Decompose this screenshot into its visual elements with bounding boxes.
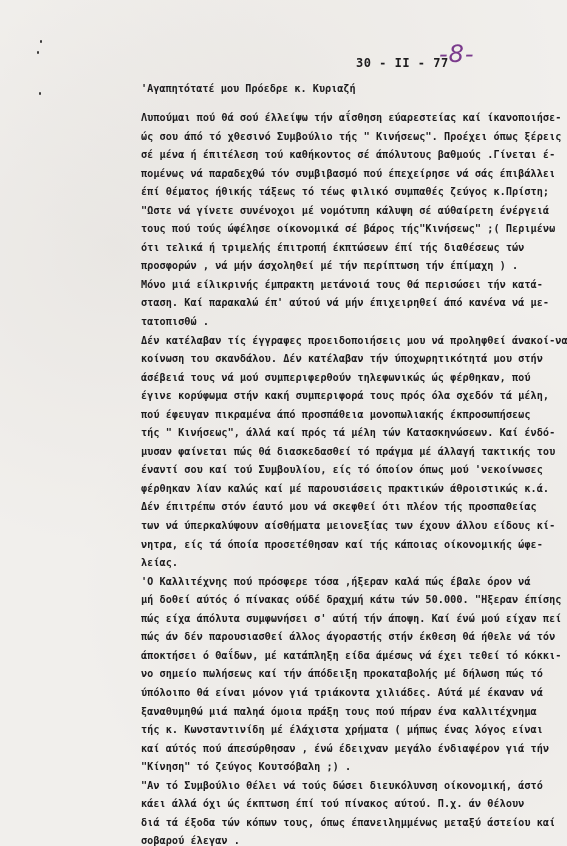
text-line: σοβαρού έλεγαν .	[141, 833, 567, 846]
text-line: Δέν κατέλαβαν τίς έγγραφες προειδοποιήσε…	[141, 333, 567, 352]
text-line: λείας.	[141, 555, 567, 574]
letter-date: 30 - II - 77	[356, 56, 449, 70]
text-line: μυσαν φαίνεται πώς θά διασκεδασθεί τό πρ…	[141, 444, 567, 463]
punch-hole-mark	[39, 92, 41, 95]
text-line: Λυπούμαι πού θά σού έλλείψω τήν αΐσθηση …	[141, 110, 567, 129]
text-line: έπί θέματος ήθικής τάξεως τό τέως φιλικό…	[141, 184, 567, 203]
text-line: άποκτήσει ό Θαΐδων, μέ κατάπληξη είδα άμ…	[141, 648, 567, 667]
text-line: "Αν τό Συμβούλιο θέλει νά τούς δώσει διε…	[141, 778, 567, 797]
text-line: μή δοθεί αύτός ό πίνακας ούδέ δραχμή κάτ…	[141, 592, 567, 611]
text-line: τους πού τούς ώφέλησε οίκονομικά σέ βάρο…	[141, 221, 567, 240]
text-line: έναντί σου καί τού Συμβουλίου, είς τό όπ…	[141, 462, 567, 481]
text-line: Μόνο μιά είλικρινής έμπρακτη μετάνοιά το…	[141, 277, 567, 296]
text-line: τατοπισθώ .	[141, 314, 567, 333]
text-line: τής κ. Κωνσταντινίδη μέ έλάχιστα χρήματα…	[141, 722, 567, 741]
text-line: έγινε κορύφωμα στήν κακή συμπεριφορά του…	[141, 388, 567, 407]
text-line: καί αύτός πού άπεσύρθησαν , ένώ έδειχναν…	[141, 741, 567, 760]
text-line: Δέν έπιτρέπω στόν έαυτό μου νά σκεφθεί ό…	[141, 499, 567, 518]
text-line: "Ωστε νά γίνετε συνένοχοι μέ νομότυπη κά…	[141, 203, 567, 222]
text-line: άσέβειά τους νά μού συμπεριφερθούν τηλεφ…	[141, 370, 567, 389]
text-line: φέρθηκαν λίαν καλώς καί μέ παρουσιάσεις …	[141, 481, 567, 500]
text-line: κοίνωση του σκανδάλου. Δέν κατέλαβαν τήν…	[141, 351, 567, 370]
text-line: προσφορών , νά μήν άσχοληθεί μέ τήν περί…	[141, 258, 567, 277]
text-line: 'Ο Καλλιτέχνης πού πρόσφερε τόσα ,ήξεραν…	[141, 574, 567, 593]
text-line: σταση. Καί παρακαλώ έπ' αύτού νά μήν έπι…	[141, 295, 567, 314]
text-line: διά τά έξοδα τών κόπων τους, όπως έπανει…	[141, 815, 567, 834]
typewritten-letter-page: 30 - II - 77 -8- 'Αγαπητότατέ μου Πρόεδρ…	[0, 0, 567, 846]
salutation: 'Αγαπητότατέ μου Πρόεδρε κ. Κυριαζή	[141, 84, 356, 95]
punch-hole-mark	[37, 51, 39, 54]
text-line: ότι τελικά ή τριμελής έπιτροπή έκπτώσεων…	[141, 240, 567, 259]
text-line: σέ μένα ή έπιτέλεση τού καθήκοντος σέ άπ…	[141, 147, 567, 166]
text-line: νητρα, είς τά όποία προσετέθησαν καί τής…	[141, 537, 567, 556]
text-line: ώς σου άπό τό χθεσινό Συμβούλιο τής " Κι…	[141, 129, 567, 148]
text-line: πώς άν δέν παρουσιασθεί άλλος άγοραστής …	[141, 629, 567, 648]
text-line: κάει άλλά όχι ώς έκπτωση έπί τού πίνακος…	[141, 796, 567, 815]
text-line: ξαναθυμηθώ μιά παληά όμοια πράξη τους πο…	[141, 704, 567, 723]
text-line: νο σημείο πωλήσεως καί τήν άπόδειξη προκ…	[141, 666, 567, 685]
text-line: πού έφευγαν πικραμένα άπό προσπάθεια μον…	[141, 407, 567, 426]
text-line: πώς είχα άπόλυτα συμφωνήσει σ' αύτή τήν …	[141, 611, 567, 630]
text-line: των νά ύπερκαλύψουν αίσθήματα μειονεξίας…	[141, 518, 567, 537]
letter-body: Λυπούμαι πού θά σού έλλείψω τήν αΐσθηση …	[141, 110, 567, 846]
text-line: "Κίνηση" τό ζεύγος Κουτσόβαλη ;) .	[141, 759, 567, 778]
text-line: πομένως νά παραδεχθώ τόν συμβιβασμό πού …	[141, 166, 567, 185]
handwritten-page-number: -8-	[439, 40, 475, 68]
punch-hole-mark	[40, 40, 42, 43]
text-line: ύπόλοιπο θά είναι μόνον γιά τριάκοντα χι…	[141, 685, 567, 704]
text-line: τής " Κινήσεως", άλλά καί πρός τά μέλη τ…	[141, 425, 567, 444]
